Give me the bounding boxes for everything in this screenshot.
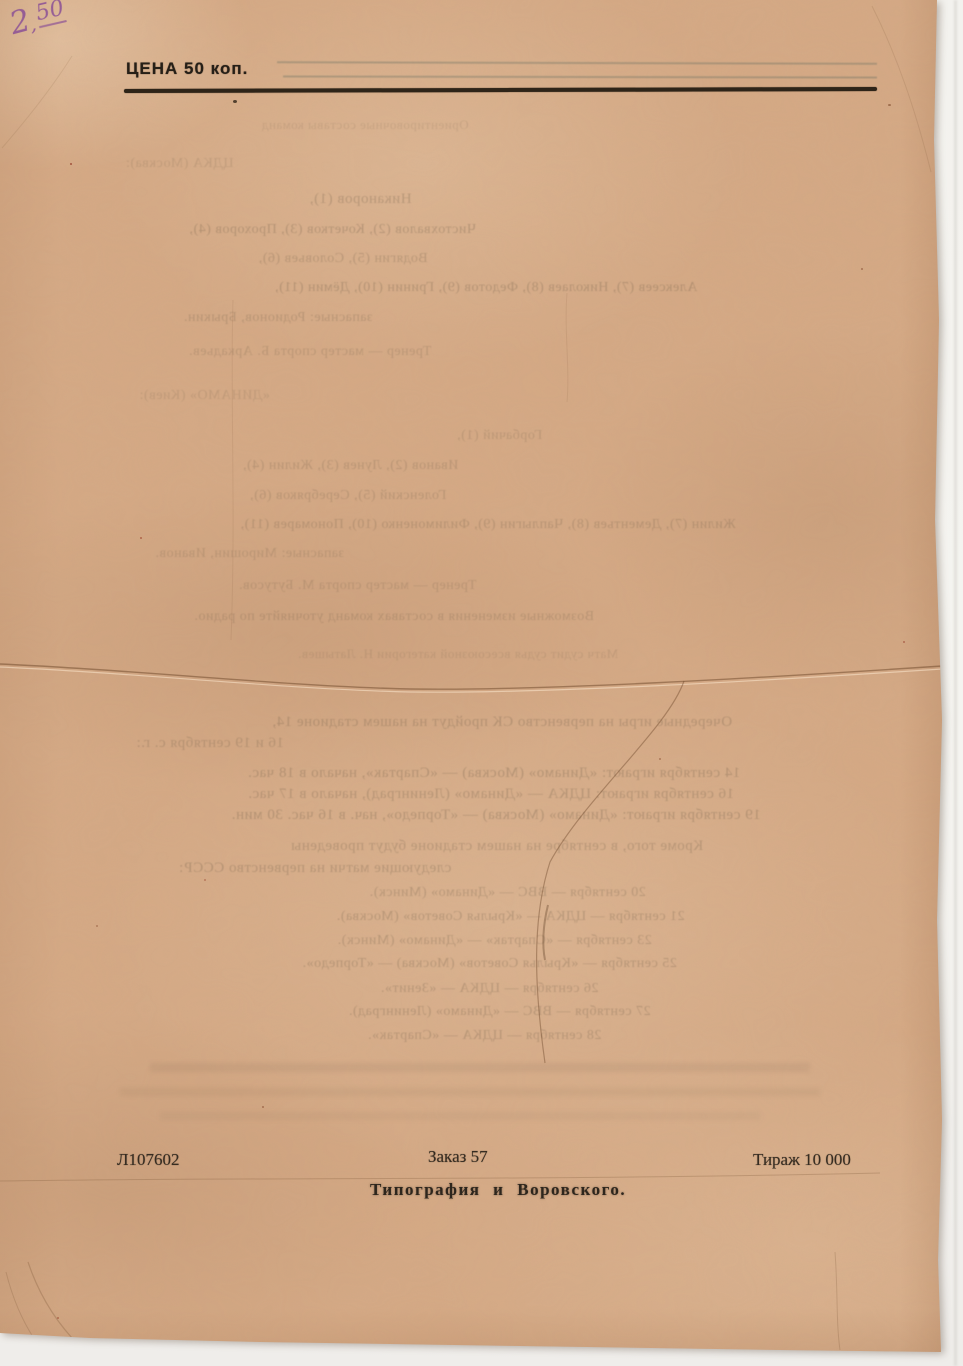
price-label: ЦЕНА 50 коп. — [126, 59, 248, 78]
paper-shadow: Ориентировочные составы команд ЦДКА (Мос… — [0, 0, 942, 1354]
paper-speck — [57, 1317, 59, 1319]
print-run: Тираж 10 000 — [753, 1150, 851, 1170]
paper-speck — [888, 104, 891, 106]
scanner-edge-streak — [954, 0, 957, 1366]
print-order-number: Заказ 57 — [428, 1147, 488, 1167]
ink-dot — [233, 100, 237, 103]
paper-speck — [140, 537, 142, 539]
scanned-document: { "header": { "price_label": "ЦЕНА 50 ко… — [0, 0, 963, 1366]
paper-speck — [70, 163, 72, 165]
paper-speck — [204, 879, 206, 881]
paper-speck — [262, 1106, 264, 1108]
paper-speck — [96, 925, 98, 927]
paper-speck — [861, 268, 863, 270]
print-code: Л107602 — [117, 1150, 180, 1170]
printer-name: Типография и Воровского. — [370, 1180, 626, 1200]
paper-speck — [903, 641, 905, 643]
handwritten-price: 2,50 — [8, 0, 67, 41]
handwritten-kopecks: 50 — [34, 0, 67, 28]
paper-sheet: Ориентировочные составы команд ЦДКА (Мос… — [0, 0, 942, 1354]
paper-speck — [659, 758, 661, 760]
